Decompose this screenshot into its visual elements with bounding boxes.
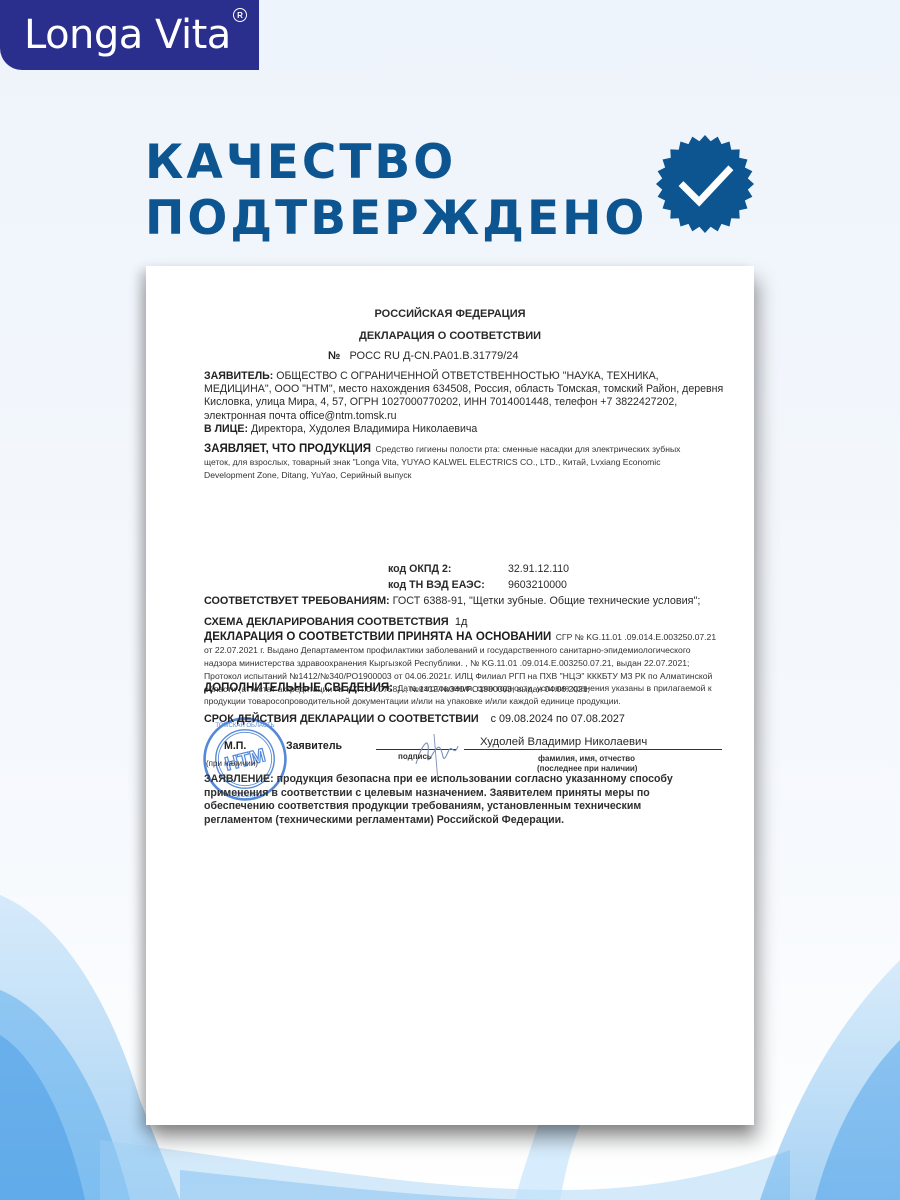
person-text: Директора, Худолея Владимира Николаевича — [251, 423, 477, 435]
code-okpd-value: 32.91.12.110 — [508, 563, 569, 576]
validity-value: с 09.08.2024 по 07.08.2027 — [491, 713, 625, 725]
applicant-block: ЗАЯВИТЕЛЬ: ОБЩЕСТВО С ОГРАНИЧЕННОЙ ОТВЕТ… — [204, 370, 724, 436]
doc-number-row: № РОСС RU Д-CN.РА01.В.31779/24 — [328, 350, 519, 363]
applicant-text: ОБЩЕСТВО С ОГРАНИЧЕННОЙ ОТВЕТСТВЕННОСТЬЮ… — [204, 370, 723, 422]
registered-trademark-icon: R — [233, 8, 247, 22]
doc-number: РОСС RU Д-CN.РА01.В.31779/24 — [349, 350, 518, 362]
logo-text: Longa Vita — [24, 12, 231, 58]
scheme-row: СХЕМА ДЕКЛАРИРОВАНИЯ СООТВЕТСТВИЯ 1д — [204, 616, 467, 628]
declaration-document: НТМ ТОМСКАЯ ОБЛАСТЬ РОССИЯ РОССИЙСКАЯ ФЕ… — [146, 266, 754, 1125]
doc-title: ДЕКЛАРАЦИЯ О СООТВЕТСТВИИ — [146, 330, 754, 342]
additional-block: ДОПОЛНИТЕЛЬНЫЕ СВЕДЕНИЯ: Дата изготовлен… — [204, 681, 724, 707]
signer-role: Заявитель — [286, 740, 342, 753]
code-okpd-label: код ОКПД 2: — [388, 563, 451, 576]
headline-line-1: КАЧЕСТВО — [145, 135, 647, 191]
signer-name: Худолей Владимир Николаевич — [480, 736, 647, 749]
signature-caption: подпись — [398, 752, 432, 761]
seal-label: М.П. — [224, 740, 246, 753]
doc-country: РОССИЙСКАЯ ФЕДЕРАЦИЯ — [146, 308, 754, 320]
code-tnved-label: код ТН ВЭД ЕАЭС: — [388, 579, 485, 592]
brand-logo: Longa Vita R — [0, 0, 259, 70]
verified-check-badge-icon — [646, 133, 764, 235]
name-line — [464, 749, 722, 750]
headline: КАЧЕСТВО ПОДТВЕРЖДЕНО — [145, 135, 647, 247]
name-caption-1: фамилия, имя, отчество — [538, 754, 635, 763]
statement: ЗАЯВЛЕНИЕ: продукция безопасна при ее ис… — [204, 773, 704, 827]
code-tnved-value: 9603210000 — [508, 579, 567, 592]
product-block: ЗАЯВЛЯЕТ, ЧТО ПРОДУКЦИЯ Средство гигиены… — [204, 442, 704, 481]
seal-note: (при наличии) — [206, 759, 258, 768]
name-caption-2: (последнее при наличии) — [537, 764, 637, 773]
requirements-row: СООТВЕТСТВУЕТ ТРЕБОВАНИЯМ: ГОСТ 6388-91,… — [204, 595, 744, 608]
headline-line-2: ПОДТВЕРЖДЕНО — [145, 191, 647, 247]
